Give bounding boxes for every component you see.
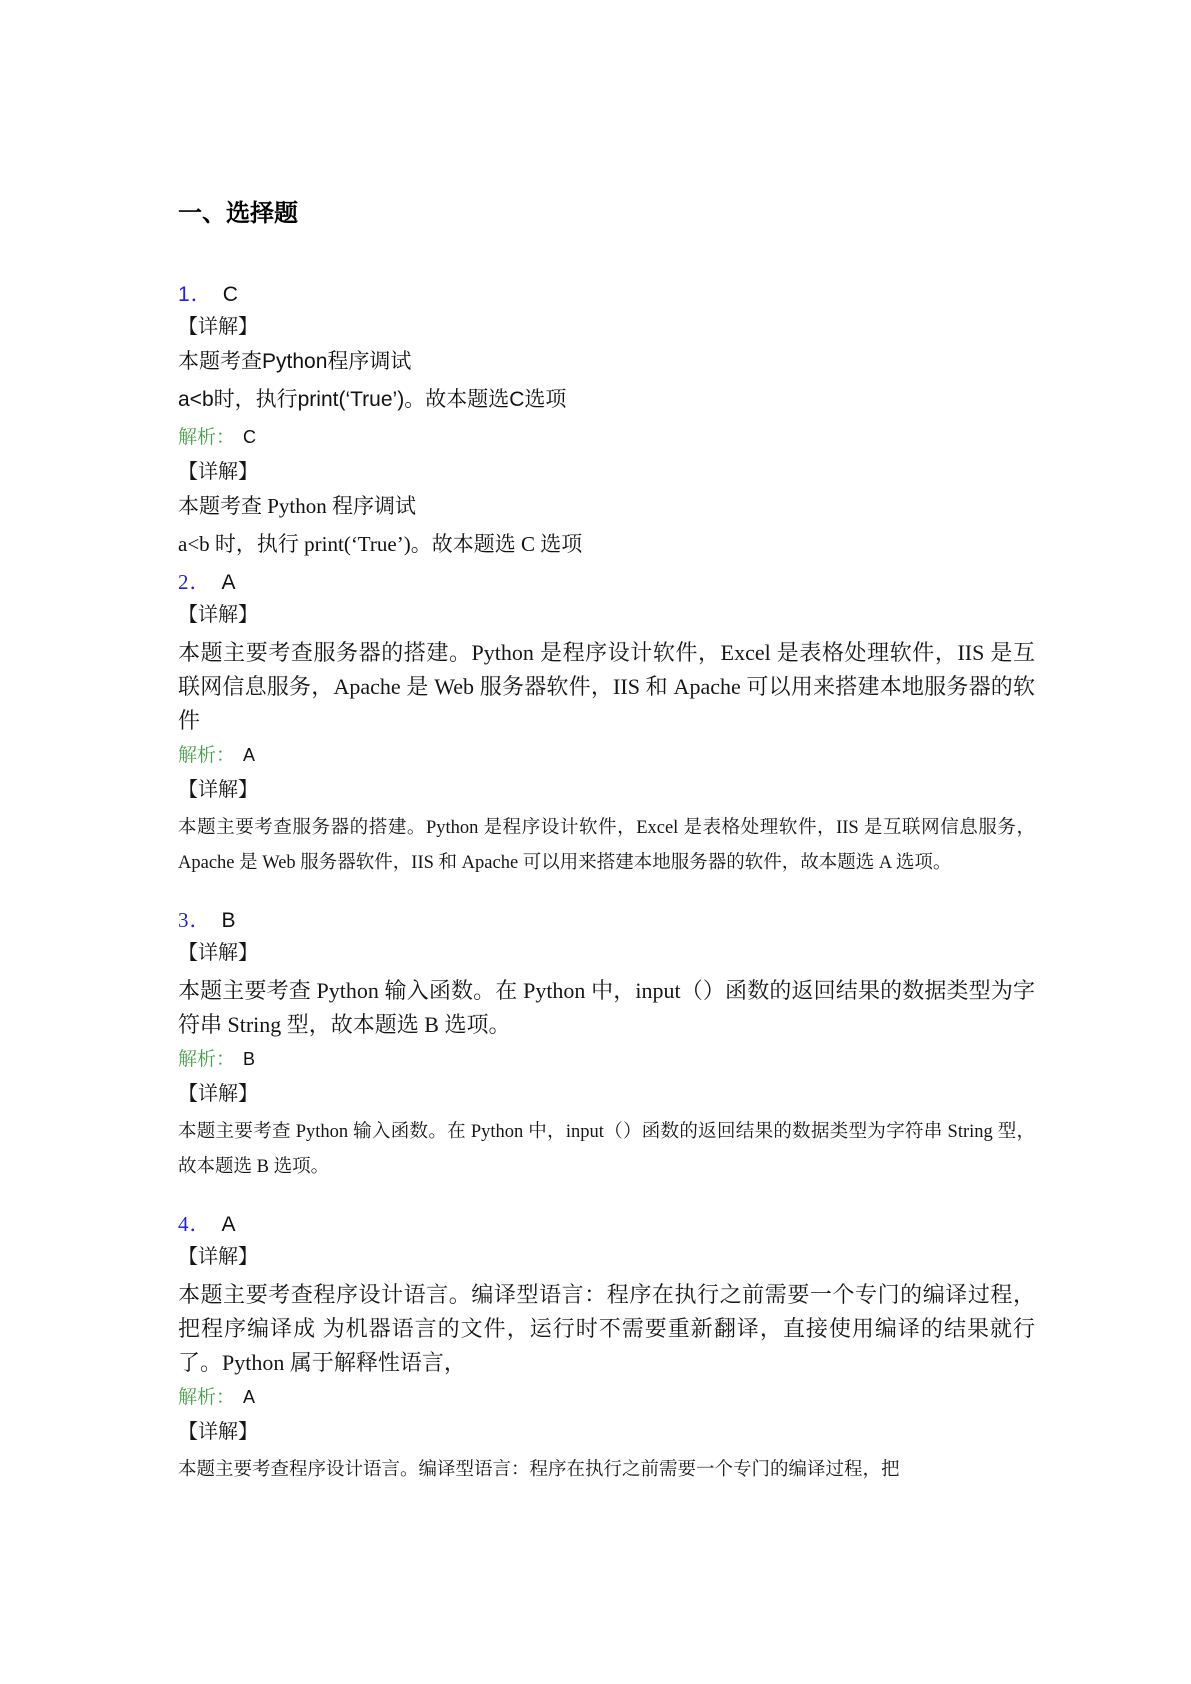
explanation-line: 本题考查 Python 程序调试 (178, 493, 1035, 520)
explanation-line: a<b 时，执行 print(‘True’)。故本题选 C 选项 (178, 531, 1035, 558)
analysis-label: 解析： (178, 745, 235, 766)
analysis-answer: A (243, 1387, 255, 1407)
answer-letter: C (223, 283, 239, 306)
explanation-paragraph: 本题主要考查 Python 输入函数。在 Python 中，input（）函数的… (178, 974, 1035, 1042)
explanation-paragraph: 本题主要考查程序设计语言。编译型语言：程序在执行之前需要一个专门的编译过程，把程… (178, 1278, 1035, 1380)
analysis-line: 解析：B (178, 1046, 1035, 1073)
detail-label: 【详解】 (178, 459, 1035, 486)
document-page: 一、选择题 1．C 【详解】 本题考查Python程序调试 a<b时，执行pri… (0, 0, 1191, 1684)
explanation-line: 本题考查Python程序调试 (178, 348, 1035, 375)
section-heading: 一、选择题 (178, 200, 1035, 228)
analysis-label: 解析： (178, 427, 235, 448)
explanation-paragraph: 本题主要考查 Python 输入函数。在 Python 中，input（）函数的… (178, 1115, 1035, 1185)
detail-label: 【详解】 (178, 777, 1035, 804)
question-number: 4． (178, 1212, 212, 1236)
analysis-label: 解析： (178, 1387, 235, 1408)
detail-label: 【详解】 (178, 602, 1035, 629)
detail-label: 【详解】 (178, 940, 1035, 967)
answer-letter: B (222, 909, 237, 932)
explanation-paragraph: 本题主要考查服务器的搭建。Python 是程序设计软件，Excel 是表格处理软… (178, 811, 1035, 881)
detail-label: 【详解】 (178, 1244, 1035, 1271)
explanation-paragraph: 本题主要考查程序设计语言。编译型语言：程序在执行之前需要一个专门的编译过程，把 (178, 1453, 1035, 1488)
question-number: 3． (178, 908, 212, 932)
analysis-line: 解析：A (178, 1384, 1035, 1411)
answer-letter: A (222, 1213, 237, 1236)
analysis-answer: A (243, 745, 255, 765)
analysis-answer: C (243, 427, 256, 447)
analysis-line: 解析：A (178, 742, 1035, 769)
detail-label: 【详解】 (178, 1081, 1035, 1108)
question-number: 1． (178, 283, 213, 306)
answer-letter: A (222, 571, 237, 594)
explanation-paragraph: 本题主要考查服务器的搭建。Python 是程序设计软件，Excel 是表格处理软… (178, 636, 1035, 738)
question-number-line: 1．C (178, 282, 1035, 308)
question-2: 2．A 【详解】 本题主要考查服务器的搭建。Python 是程序设计软件，Exc… (178, 569, 1035, 881)
question-4: 4．A 【详解】 本题主要考查程序设计语言。编译型语言：程序在执行之前需要一个专… (178, 1211, 1035, 1488)
question-number-line: 3．B (178, 907, 1035, 934)
analysis-line: 解析：C (178, 424, 1035, 451)
analysis-answer: B (243, 1049, 255, 1069)
analysis-label: 解析： (178, 1049, 235, 1070)
explanation-line: a<b时，执行print(‘True’)。故本题选C选项 (178, 386, 1035, 413)
detail-label: 【详解】 (178, 314, 1035, 341)
question-1: 1．C 【详解】 本题考查Python程序调试 a<b时，执行print(‘Tr… (178, 282, 1035, 558)
question-3: 3．B 【详解】 本题主要考查 Python 输入函数。在 Python 中，i… (178, 907, 1035, 1185)
detail-label: 【详解】 (178, 1419, 1035, 1446)
question-number-line: 2．A (178, 569, 1035, 596)
question-number: 2． (178, 570, 212, 594)
question-number-line: 4．A (178, 1211, 1035, 1238)
